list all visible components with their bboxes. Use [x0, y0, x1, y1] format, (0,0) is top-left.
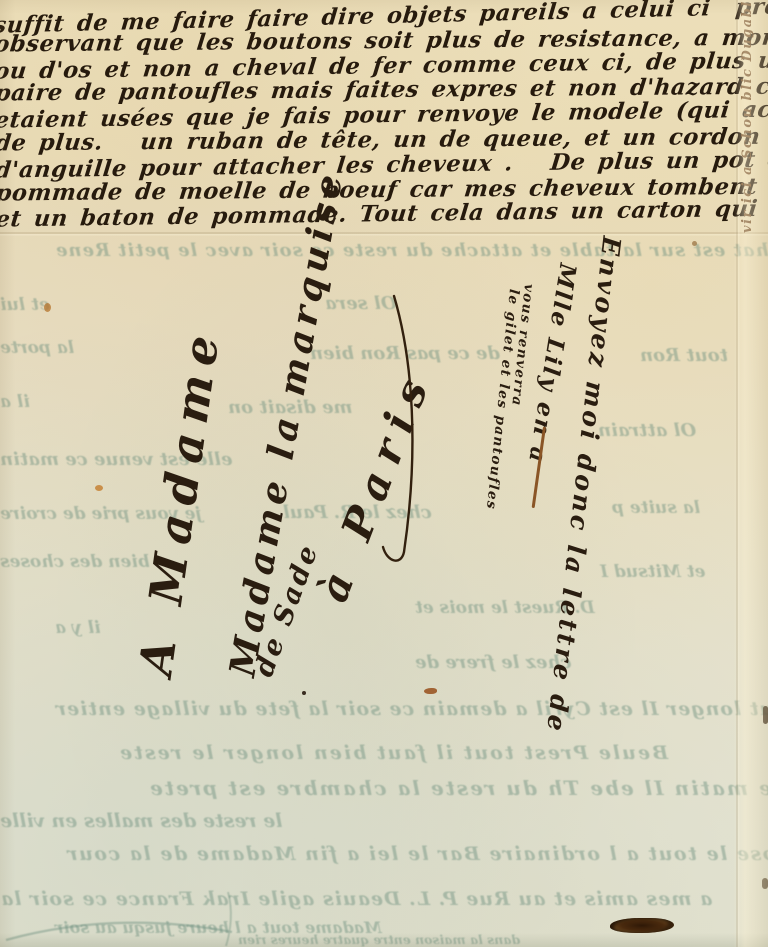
fox-speck: [95, 485, 103, 491]
bleed-line: la suite p: [612, 498, 700, 518]
bleed-line: le chat est sur la table et attache du r…: [55, 240, 768, 261]
letter-body: suffit de me faire faire dire objets par…: [0, 1, 768, 231]
fox-speck: [692, 241, 697, 246]
bleed-line: le matin Il ebe Th du reste la chambre e…: [148, 776, 768, 800]
bleed-line: Ol attrain: [598, 420, 696, 441]
verso-flourish-arc: [0, 870, 250, 947]
address-line-1: A Madame: [128, 322, 231, 678]
bleed-line: tout Ron: [640, 345, 728, 366]
bleed-line: il faut longer Il est Cyril a demain ce …: [55, 698, 768, 720]
bleed-line: Quelq chose le tout a l ordinaire Bar le…: [66, 843, 768, 865]
letter-scan-sheet: le chat est sur la table et attache du r…: [0, 0, 768, 947]
bleed-line: Beule Prest tout il faut bien longer le …: [118, 742, 668, 764]
bleed-line: le reste des malles en ville: [0, 810, 282, 832]
margin-note-vertical: vir ici a Schou blic Dugablin: [740, 0, 755, 233]
bleed-line: bien des choses: [0, 552, 150, 572]
bleed-line: il y a: [55, 618, 101, 638]
fox-speck: [424, 688, 437, 694]
address-paraph-flourish: [368, 290, 432, 582]
bleed-line: et Mitsud I: [600, 562, 705, 582]
bleed-line: il a: [0, 392, 30, 412]
edge-mark: [762, 878, 768, 889]
fold-crease-horizontal: [0, 232, 768, 234]
fox-speck: [44, 303, 51, 312]
bleed-line: et lui: [0, 295, 50, 315]
edge-mark: [763, 706, 768, 724]
bleed-line: dans la maison entre quatre heures rien: [238, 932, 520, 947]
ink-stain: [610, 918, 674, 933]
bleed-line: la porte: [0, 338, 74, 358]
fox-speck: [302, 691, 306, 695]
